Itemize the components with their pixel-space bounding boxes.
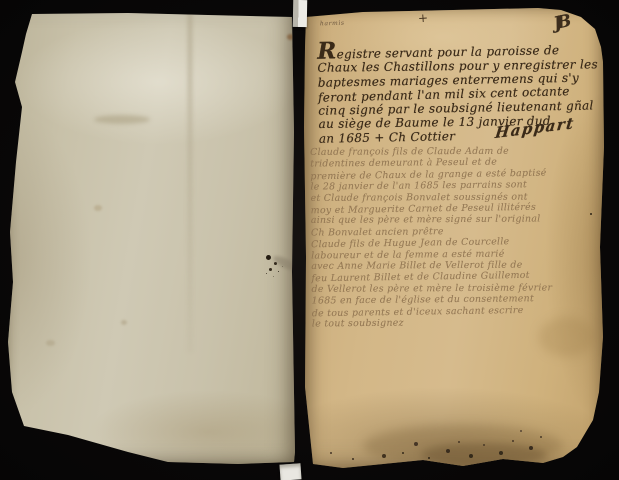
folio-monogram-mark: JB bbox=[552, 12, 568, 34]
gutter-clip-bottom bbox=[279, 463, 301, 480]
left-page bbox=[8, 12, 296, 464]
gutter-clip-top bbox=[293, 0, 307, 27]
right-page-bottom-stain bbox=[421, 443, 547, 467]
record-line: Claude françois fils de Claude Adam de bbox=[310, 145, 602, 158]
left-page-stain bbox=[46, 340, 55, 346]
cross-mark: + bbox=[418, 11, 429, 26]
right-page: harmis + JB Registre servant pour la par… bbox=[303, 7, 605, 471]
ink-blot-smear bbox=[271, 253, 300, 273]
manuscript-scan: harmis + JB Registre servant pour la par… bbox=[0, 0, 619, 480]
left-page-stain bbox=[94, 205, 102, 211]
record-line: de Vellerot les père et mère le troisièm… bbox=[312, 282, 604, 295]
left-page-gutter-spot bbox=[287, 34, 294, 40]
parish-record-entries: Claude françois fils de Claude Adam de t… bbox=[310, 144, 604, 330]
left-page-crease bbox=[188, 12, 192, 352]
ink-blot bbox=[266, 255, 271, 260]
left-page-showthrough-stain bbox=[94, 115, 150, 124]
record-line: ainsi que les père et mère signé sur l'o… bbox=[311, 214, 603, 227]
corner-inscription: harmis bbox=[320, 20, 345, 28]
left-page-stain bbox=[121, 320, 127, 325]
